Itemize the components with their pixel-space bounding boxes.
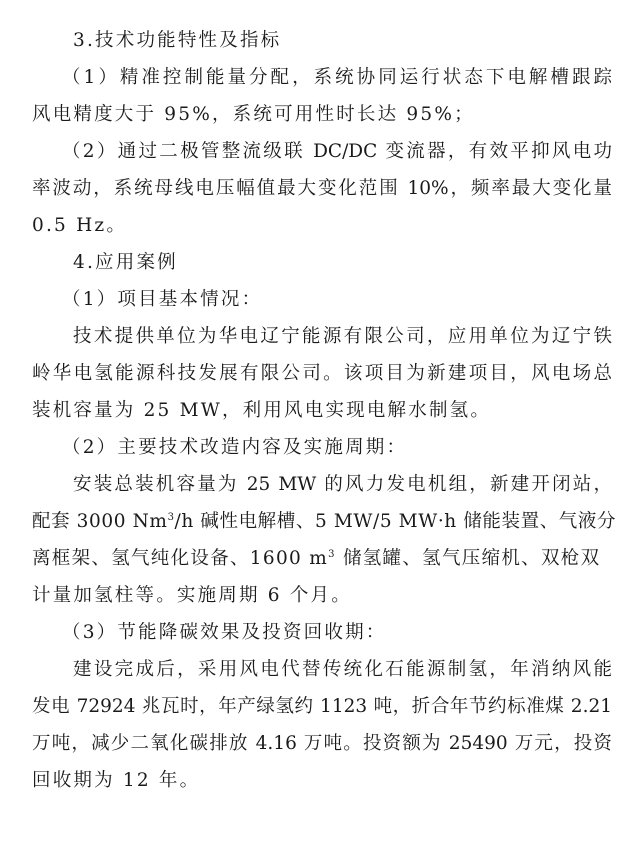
subheading-2: （2）主要技术改造内容及实施周期： bbox=[62, 429, 642, 466]
paragraph-line: （1）精准控制能量分配，系统协同运行状态下电解槽跟踪 bbox=[62, 59, 612, 96]
paragraph-line: 配套 3000 Nm3/h 碱性电解槽、5 MW/5 MW·h 储能装置、气液分 bbox=[32, 503, 612, 540]
paragraph-line: 0.5 Hz。 bbox=[32, 207, 612, 244]
paragraph-line: （2）通过二极管整流级联 DC/DC 变流器，有效平抑风电功 bbox=[62, 133, 612, 170]
paragraph-line: 离框架、氢气纯化设备、1600 m3 储氢罐、氢气压缩机、双枪双 bbox=[32, 540, 612, 577]
paragraph-line: 计量加氢柱等。实施周期 6 个月。 bbox=[32, 577, 612, 614]
document-page: 3.技术功能特性及指标 （1）精准控制能量分配，系统协同运行状态下电解槽跟踪 风… bbox=[0, 0, 644, 851]
text-span: 配套 3000 Nm bbox=[32, 511, 168, 532]
paragraph-line: 发电 72924 兆瓦时，年产绿氢约 1123 吨，折合年节约标准煤 2.21 bbox=[32, 688, 612, 725]
paragraph-line: 率波动，系统母线电压幅值最大变化范围 10%，频率最大变化量 bbox=[32, 170, 612, 207]
paragraph-line: 风电精度大于 95%，系统可用性时长达 95%； bbox=[32, 96, 612, 133]
paragraph-line: 建设完成后，采用风电代替传统化石能源制氢，年消纳风能 bbox=[73, 651, 612, 688]
paragraph-line: 万吨，减少二氧化碳排放 4.16 万吨。投资额为 25490 万元，投资 bbox=[32, 725, 612, 762]
section-heading-3: 3.技术功能特性及指标 bbox=[73, 22, 612, 59]
section-heading-4: 4.应用案例 bbox=[73, 244, 612, 281]
paragraph-line: 回收期为 12 年。 bbox=[32, 762, 612, 799]
paragraph-line: 装机容量为 25 MW，利用风电实现电解水制氢。 bbox=[32, 392, 612, 429]
subheading-3: （3）节能降碳效果及投资回收期： bbox=[62, 614, 642, 651]
paragraph-line: 技术提供单位为华电辽宁能源有限公司，应用单位为辽宁铁 bbox=[73, 318, 612, 355]
subheading-1: （1）项目基本情况： bbox=[62, 281, 642, 318]
superscript: 3 bbox=[168, 512, 175, 523]
superscript: 3 bbox=[328, 549, 336, 560]
paragraph-line: 安装总装机容量为 25 MW 的风力发电机组，新建开闭站， bbox=[73, 466, 612, 503]
paragraph-line: 岭华电氢能源科技发展有限公司。该项目为新建项目，风电场总 bbox=[32, 355, 612, 392]
text-span: 储氢罐、氢气压缩机、双枪双 bbox=[336, 548, 601, 569]
text-span: 离框架、氢气纯化设备、1600 m bbox=[32, 548, 328, 569]
text-span: /h 碱性电解槽、5 MW/5 MW·h 储能装置、气液分 bbox=[175, 511, 617, 532]
